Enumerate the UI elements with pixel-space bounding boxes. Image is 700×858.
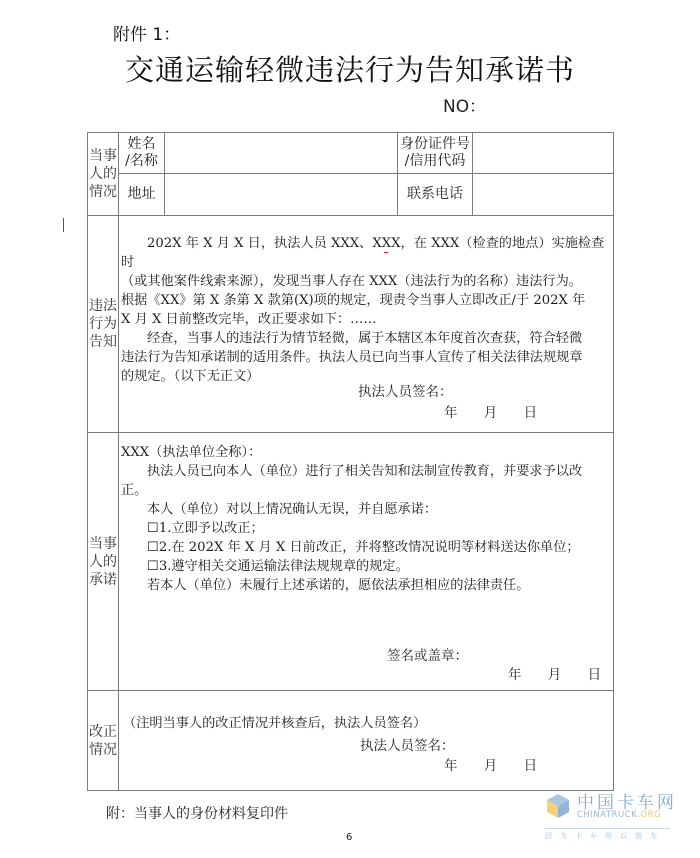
option-text: 3.遵守相关交通运输法律法规规章的规定。 — [159, 559, 409, 574]
page-number: 6 — [346, 832, 352, 843]
label-line: 行为 — [89, 315, 117, 333]
notice-line: （或其他案件线索来源），发现当事人存在 XXX（违法行为的名称）违法行为。 — [121, 272, 611, 291]
commitment-line: 正。 — [121, 481, 611, 500]
notice-line: X 月 X 日前整改完毕，改正要求如下：…… — [121, 310, 611, 329]
label-line: /信用代码 — [400, 153, 470, 170]
officer-signature-label: 执法人员签名： — [358, 380, 453, 400]
commitment-option-1[interactable]: ☐1.立即予以改正； — [121, 519, 611, 538]
label-line: /名称 — [125, 153, 158, 170]
party-commitment-section-label: 当事 人的 承诺 — [88, 433, 118, 690]
label-line: 情况 — [89, 741, 117, 759]
attachment-label: 附件 1： — [113, 20, 180, 45]
checkbox-icon[interactable]: ☐ — [147, 559, 159, 574]
watermark-name-en-main: CHINATRUCK — [577, 810, 637, 820]
commitment-text: XXX（执法单位全称）： 执法人员已向本人（单位）进行了相关告知和法制宣传教育，… — [121, 443, 611, 595]
option-text: 1.立即予以改正； — [159, 521, 264, 536]
document-title: 交通运输轻微违法行为告知承诺书 — [0, 48, 700, 89]
label-line: 姓名 — [125, 136, 158, 153]
label-line: 改正 — [89, 723, 117, 741]
chinatruck-logo-icon — [545, 792, 571, 820]
option-text: 2.在 202X 年 X 月 X 日前改正，并将整改情况说明等材料送达你单位； — [159, 540, 580, 555]
label-line: 人的 — [89, 553, 117, 571]
notice-line: 根据《XX》第 X 条第 X 款第(X)项的规定，现责令当事人立即改正/于 20… — [121, 291, 611, 310]
commitment-line: 本人（单位）对以上情况确认无误，并自愿承诺： — [121, 500, 611, 519]
section-divider — [87, 215, 614, 216]
label-line: 告知 — [89, 333, 117, 351]
label-line: 违法 — [89, 297, 117, 315]
label-line: 当事 — [89, 535, 117, 553]
name-field-input[interactable] — [165, 133, 397, 173]
id-number-field-label: 身份证件号 /信用代码 — [398, 133, 472, 173]
party-info-section-label: 当事 人的 情况 — [88, 133, 118, 215]
violation-notice-text: 202X 年 X 月 X 日，执法人员 XXX、XXX，在 XXX（检查的地点）… — [121, 234, 611, 386]
label-line: 当事 — [89, 147, 117, 165]
notice-line: 违法行为告知承诺制的适用条件。执法人员已向当事人宣传了相关法律法规规章 — [121, 348, 611, 367]
label-line: 承诺 — [89, 571, 117, 589]
chinatruck-watermark: 中国卡车网 CHINATRUCK.ORG 因为卡车所以朋友 — [545, 788, 695, 838]
label-line: 身份证件号 — [400, 136, 470, 153]
commitment-option-2[interactable]: ☐2.在 202X 年 X 月 X 日前改正，并将整改情况说明等材料送达你单位； — [121, 538, 611, 557]
checkbox-icon[interactable]: ☐ — [147, 540, 159, 555]
addressee: XXX（执法单位全称）： — [121, 443, 611, 462]
address-field-input[interactable] — [165, 174, 397, 215]
phone-field-input[interactable] — [473, 174, 613, 215]
section-divider — [87, 690, 614, 691]
section-divider — [87, 432, 614, 433]
correction-instruction: （注明当事人的改正情况并核查后，执法人员签名） — [123, 714, 613, 733]
commitment-line: 执法人员已向本人（单位）进行了相关告知和法制宣传教育，并要求予以改 — [121, 462, 611, 481]
name-field-label: 姓名 /名称 — [119, 133, 164, 173]
label-line: 情况 — [89, 183, 117, 201]
document-number-label: NO： — [443, 92, 486, 117]
id-number-field-input[interactable] — [473, 133, 613, 173]
commitment-option-3[interactable]: ☐3.遵守相关交通运输法律法规规章的规定。 — [121, 557, 611, 576]
watermark-slogan: 因为卡车所以朋友 — [545, 828, 670, 841]
checkbox-icon[interactable]: ☐ — [147, 521, 159, 536]
violation-notice-section-label: 违法 行为 告知 — [88, 216, 118, 432]
officer-signature-label: 执法人员签名： — [360, 734, 455, 754]
liability-statement: 若本人（单位）未履行上述承诺的，愿依法承担相应的法律责任。 — [121, 576, 611, 595]
text-cursor-mark — [63, 218, 64, 232]
date-label: 年 月 日 — [508, 663, 601, 683]
table-border-right — [613, 132, 614, 791]
correction-status-section-label: 改正 情况 — [88, 691, 118, 790]
table-border-bottom — [87, 790, 614, 791]
party-signature-label: 签名或盖章： — [387, 644, 468, 664]
phone-field-label: 联系电话 — [398, 174, 472, 215]
address-field-label: 地址 — [119, 174, 164, 215]
date-label: 年 月 日 — [444, 401, 537, 421]
attachment-note: 附：当事人的身份材料复印件 — [106, 803, 288, 823]
label-line: 地址 — [128, 186, 156, 203]
watermark-name-en: CHINATRUCK.ORG — [577, 810, 661, 820]
notice-line: 202X 年 X 月 X 日，执法人员 XXX、XXX，在 XXX（检查的地点）… — [121, 234, 611, 272]
date-label: 年 月 日 — [444, 754, 537, 774]
label-line: 人的 — [89, 165, 117, 183]
notice-line: 经查，当事人的违法行为情节轻微，属于本辖区本年度首次查获，符合轻微 — [121, 329, 611, 348]
label-line: 联系电话 — [407, 186, 463, 203]
label-column-divider — [118, 132, 119, 791]
spellcheck-underline — [384, 252, 388, 253]
watermark-name-en-suffix: .ORG — [637, 810, 661, 820]
